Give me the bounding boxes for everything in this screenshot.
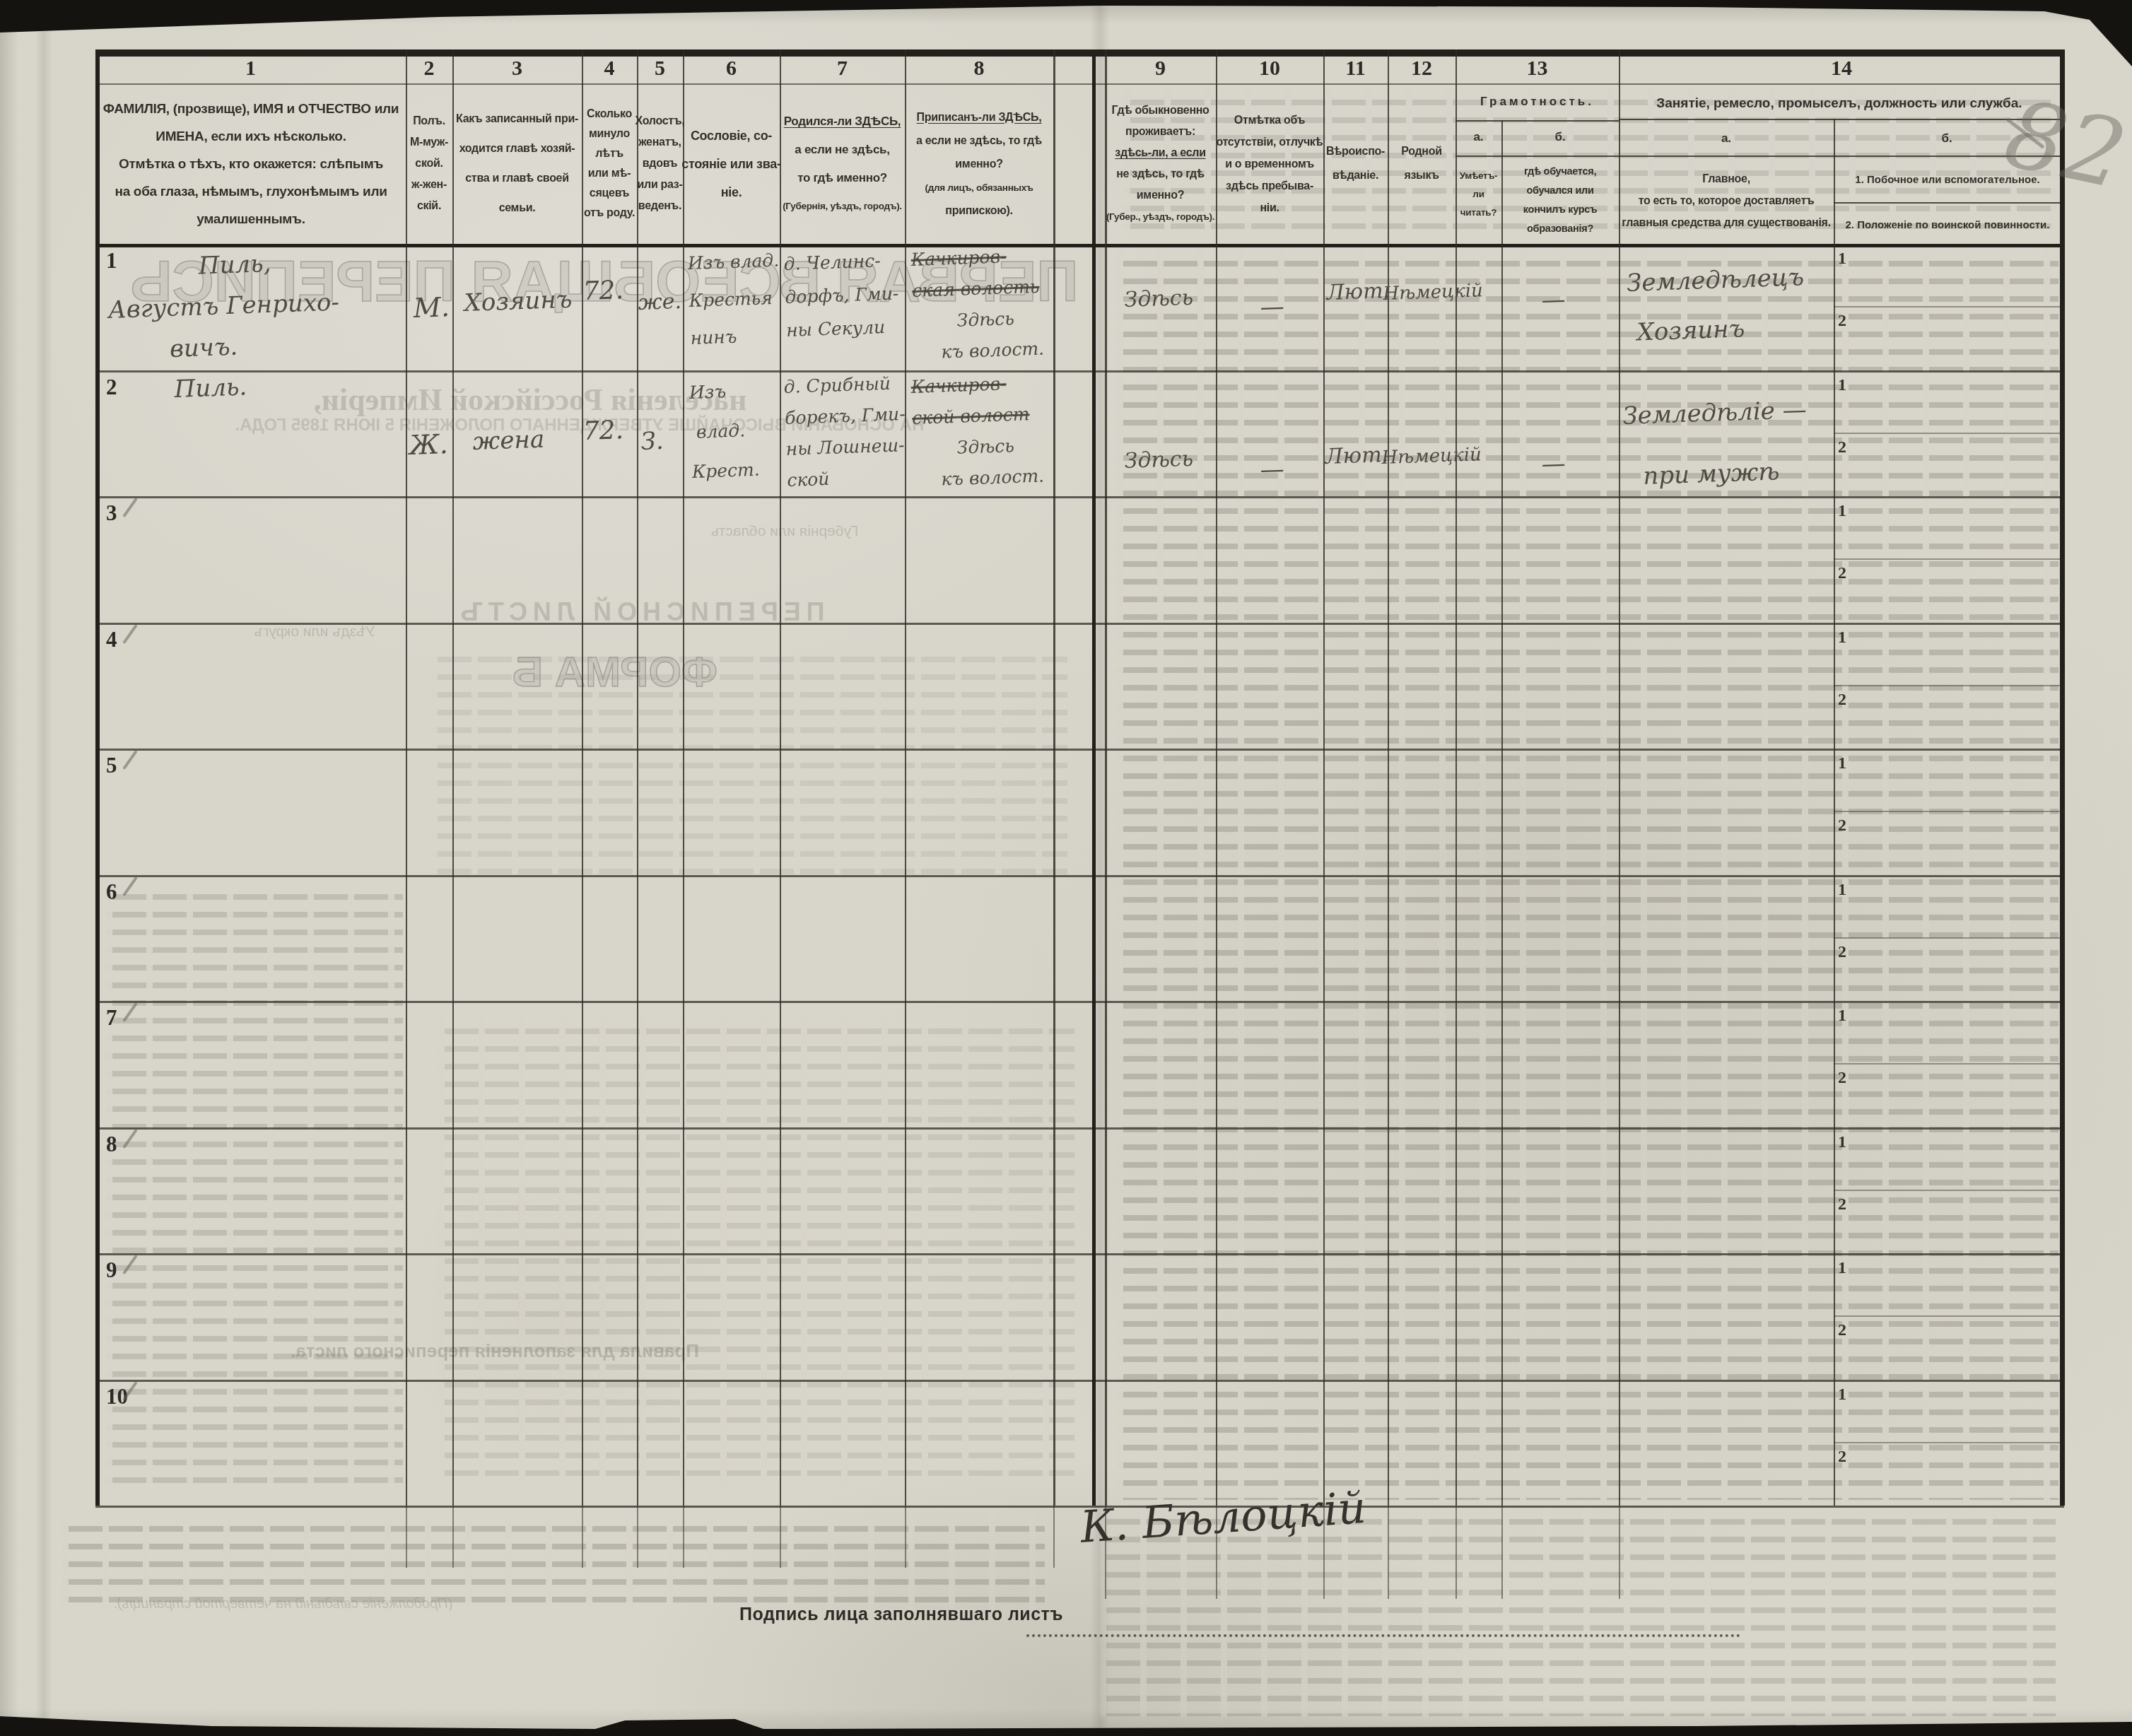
entry-line: — <box>1260 292 1284 323</box>
entry-line: Земледѣлецъ <box>1626 252 1805 308</box>
scanned-census-form: ПЕРВАЯ ВСЕОБЩАЯ ПЕРЕПИСЬнаселенія Россій… <box>0 0 2132 1736</box>
entry-line: борекъ, Гми- <box>785 399 906 434</box>
entry-line: Качкиров- <box>910 368 1041 403</box>
entry-row1-c1: Пиль,Августъ Генрихо-вичъ. <box>106 241 341 372</box>
entry-row2-c9: Здѣсь <box>1124 446 1194 475</box>
entry-row2-c10: — <box>1260 454 1284 486</box>
entry-row1-c12: Нѣмецкій <box>1383 279 1483 306</box>
entry-line: ской <box>787 461 908 496</box>
entry-row2-c4: 72. <box>582 414 624 447</box>
paper-sheet: ПЕРВАЯ ВСЕОБЩАЯ ПЕРЕПИСЬнаселенія Россій… <box>0 0 2132 1736</box>
entry-row1-c5: же. <box>638 288 682 317</box>
entry-line: Пиль, <box>198 241 339 287</box>
entry-row2-c8: Качкиров-ской волостЗдѣськъ волост. <box>910 368 1045 496</box>
entry-line: Здѣсь <box>1124 446 1194 475</box>
entry-line: Здѣсь <box>956 303 1043 336</box>
entry-line: Лют. <box>1326 278 1390 307</box>
entry-row1-c11: Лют. <box>1326 278 1390 307</box>
entry-row1-c7: д. Челинс-дорфъ, Гми-ны Секули <box>783 243 901 347</box>
entry-line: Хозяинъ <box>1636 302 1806 357</box>
entry-line: — <box>1260 454 1284 486</box>
entry-line: Лют. <box>1325 442 1389 471</box>
entry-line: Крест. <box>691 450 761 492</box>
entry-line: ская волость <box>912 271 1043 307</box>
entry-row2-c14a: Земледѣліе —при мужѣ <box>1622 380 1810 508</box>
entry-line: Хозяинъ <box>464 285 573 319</box>
signature-label: Подпись лица заполнявшаго листъ <box>739 1605 1063 1625</box>
entry-line: вичъ. <box>169 323 341 370</box>
entry-line: къ волост. <box>941 334 1045 368</box>
entry-line: жена <box>472 424 545 457</box>
entry-row1-c8: Качкиров-ская волостьЗдѣськъ волост. <box>910 240 1045 369</box>
entry-line: 72. <box>582 414 624 447</box>
entry-line: — <box>1541 449 1566 480</box>
entry-row2-c5: З. <box>640 426 664 457</box>
entry-line: д. Челинс- <box>783 243 898 281</box>
entry-row2-c12: Нѣмецкій <box>1381 443 1482 470</box>
entry-row2-c6: Изъвлад.Крест. <box>689 371 761 492</box>
entry-row1-c3: Хозяинъ <box>464 285 573 319</box>
entry-line: ны Секули <box>785 310 900 347</box>
entry-row1-c14a: ЗемледѣлецъХозяинъ <box>1626 252 1807 358</box>
entry-line: Качкиров- <box>910 240 1041 276</box>
entry-line: д. Срибный <box>783 368 905 403</box>
entry-row2-c13: — <box>1541 449 1566 480</box>
entry-row2-c7: д. Срибныйборекъ, Гми-ны Лошнеш-ской <box>783 368 908 496</box>
entry-row1-c2: М. <box>413 290 450 325</box>
entry-row2-c3: жена <box>472 424 545 457</box>
entry-line: влад. <box>696 411 759 452</box>
entry-line: Ж. <box>409 427 448 462</box>
entry-line: Земледѣліе — <box>1622 380 1808 447</box>
entry-line: 72. <box>582 274 624 307</box>
entry-row1-c13: — <box>1541 285 1566 316</box>
entry-line: Изъ <box>689 371 758 413</box>
entry-line: Изъ влад. <box>687 241 780 281</box>
entry-row2-c11: Лют. <box>1325 442 1389 471</box>
handwritten-entries: Пиль,Августъ Генрихо-вичъ.М.Хозяинъ72.же… <box>0 0 2132 1736</box>
entry-line: М. <box>413 290 450 325</box>
entry-row2-c1: Пиль. <box>174 372 247 405</box>
entry-line: — <box>1541 285 1566 316</box>
entry-row1-c9: Здѣсь <box>1124 285 1194 314</box>
entry-line: Здѣсь <box>1124 285 1194 314</box>
entry-line: ской волост <box>912 399 1043 434</box>
entry-line: З. <box>640 426 664 457</box>
entry-line: Пиль. <box>174 372 247 405</box>
entry-line: Здѣсь <box>956 430 1043 464</box>
entry-line: къ волост. <box>941 461 1045 495</box>
entry-line: Крестья <box>689 278 781 319</box>
entry-line: дорфъ, Гми- <box>785 276 899 314</box>
entry-line: ны Лошнеш- <box>785 430 907 465</box>
entry-row1-c4: 72. <box>582 274 624 307</box>
entry-line: при мужѣ <box>1642 440 1810 507</box>
entry-line: Нѣмецкій <box>1383 279 1483 306</box>
entry-line: нинъ <box>690 316 783 356</box>
entry-row1-c6: Изъ влад.Крестьянинъ <box>687 241 783 356</box>
entry-line: Августъ Генрихо- <box>107 282 340 331</box>
signature-dotted-line <box>1026 1614 1740 1637</box>
entry-row1-c10: — <box>1260 292 1284 323</box>
entry-line: же. <box>638 288 682 317</box>
entry-line: Нѣмецкій <box>1381 443 1482 470</box>
entry-row2-c2: Ж. <box>409 427 448 462</box>
